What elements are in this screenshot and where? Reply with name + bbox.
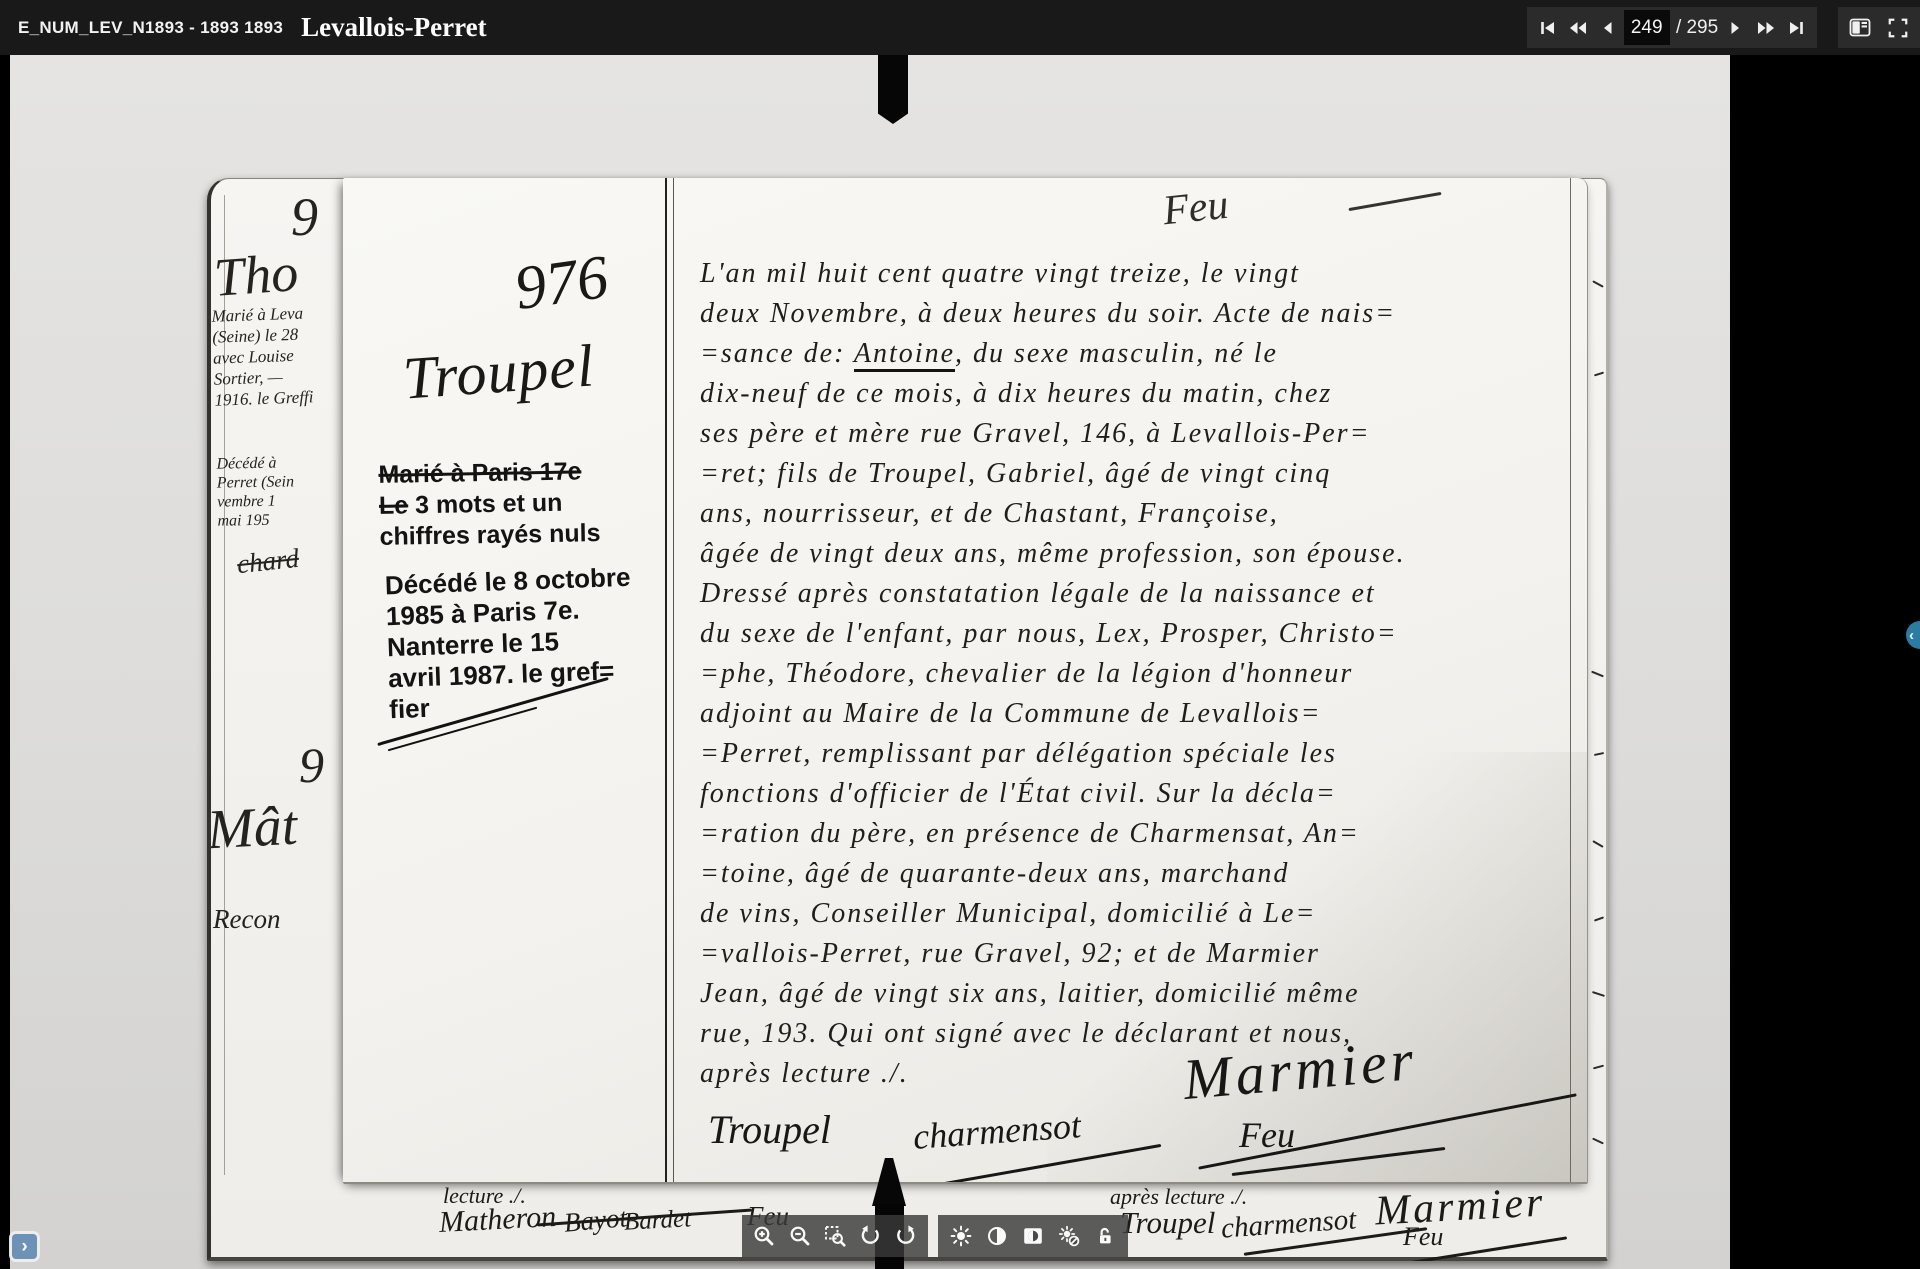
sidebar-panel-icon	[1848, 16, 1872, 39]
fragment-act-number-2: 9	[299, 736, 324, 794]
child-name: Antoine	[854, 338, 955, 372]
fragment-act-number: 9	[291, 186, 318, 248]
page-navigation: / 295	[1527, 7, 1817, 48]
fragment-death-note: Décédé à Perret (Sein vembre 1 mai 195	[216, 453, 294, 530]
header-bar: E_NUM_LEV_N1893 - 1893 1893 Levallois-Pe…	[0, 0, 1920, 55]
zoom-toolbar	[742, 1215, 928, 1257]
fragment-surname: Tho	[212, 241, 300, 309]
signature: Bardet	[623, 1205, 691, 1236]
side-panel-handle[interactable]: ‹	[1906, 621, 1920, 649]
binding-marks	[1589, 178, 1608, 1182]
forward-button[interactable]	[1751, 10, 1781, 46]
next-page-button[interactable]	[1720, 10, 1750, 46]
contrast-button[interactable]	[984, 1223, 1010, 1249]
page-total: / 295	[1676, 17, 1718, 39]
act-number: 976	[511, 242, 613, 325]
invert-colors-icon	[1021, 1224, 1045, 1248]
zoom-selection-button[interactable]	[822, 1223, 848, 1249]
lock-button[interactable]	[1092, 1223, 1118, 1249]
book-gutter-top	[878, 55, 908, 124]
view-controls	[1838, 7, 1920, 48]
fragment-mention: Recon	[213, 904, 280, 935]
previous-page-button[interactable]	[1593, 10, 1623, 46]
contrast-icon	[985, 1224, 1009, 1248]
thumbnail-panel-button[interactable]	[1845, 10, 1875, 46]
zoom-in-button[interactable]	[751, 1223, 777, 1249]
next-icon	[1725, 18, 1745, 38]
left-page-fragments: 9 Tho Marié à Leva (Seine) le 28 avec Lo…	[211, 178, 343, 1261]
signature: Marmier	[1374, 1182, 1547, 1235]
signature: Troupel	[708, 1106, 831, 1153]
rotate-right-button[interactable]	[893, 1223, 919, 1249]
act-sheet: 976 Troupel Marié à Paris 17e Le 3 mots …	[343, 178, 1588, 1184]
death-mention: Décédé le 8 octobre 1985 à Paris 7e. Nan…	[384, 562, 635, 725]
viewer-app: E_NUM_LEV_N1893 - 1893 1893 Levallois-Pe…	[0, 0, 1920, 1269]
backward-button[interactable]	[1563, 10, 1593, 46]
act-line-name: =sance de: Antoine, du sexe masculin, né…	[700, 338, 1406, 378]
last-page-button[interactable]	[1781, 10, 1811, 46]
chevron-right-icon: ›	[21, 1236, 27, 1258]
zoom-selection-icon	[823, 1224, 847, 1248]
pencil-mark: Feu	[1161, 181, 1231, 236]
fast-backward-icon	[1567, 18, 1589, 38]
filters-off-icon	[1057, 1224, 1081, 1248]
header-titles: E_NUM_LEV_N1893 - 1893 1893 Levallois-Pe…	[18, 0, 487, 55]
fullscreen-button[interactable]	[1883, 10, 1913, 46]
scan-canvas[interactable]: 9 Tho Marié à Leva (Seine) le 28 avec Lo…	[10, 55, 1730, 1269]
margin-rule	[665, 178, 667, 1182]
signature: Bayot	[563, 1202, 628, 1238]
act-text: L'an mil huit cent quatre vingt treize, …	[700, 258, 1406, 1098]
image-adjust-toolbar	[938, 1215, 1128, 1257]
struck-mention: Marié à Paris 17e Le 3 mots et un chiffr…	[378, 456, 601, 553]
pencil-stroke	[1348, 192, 1441, 211]
fast-forward-icon	[1755, 18, 1777, 38]
filters-off-button[interactable]	[1056, 1223, 1082, 1249]
zoom-out-icon	[788, 1224, 812, 1248]
brightness-button[interactable]	[948, 1223, 974, 1249]
zoom-out-button[interactable]	[787, 1223, 813, 1249]
rotate-left-button[interactable]	[857, 1223, 883, 1249]
signature: Troupel	[1120, 1205, 1215, 1241]
signature: Feu	[1239, 1114, 1295, 1156]
right-margin-rule	[1570, 178, 1571, 1182]
first-page-button[interactable]	[1533, 10, 1563, 46]
zoom-in-icon	[752, 1224, 776, 1248]
signature: Matheron	[438, 1200, 557, 1240]
fullscreen-icon	[1887, 17, 1909, 39]
chevron-left-icon: ‹	[1909, 627, 1914, 644]
fragment-struck-scrawl: chard	[236, 543, 301, 580]
page-number-input[interactable]	[1624, 10, 1670, 45]
fragment-marriage-note: Marié à Leva (Seine) le 28 avec Louise S…	[211, 302, 314, 410]
first-page-icon	[1538, 18, 1558, 38]
expand-panel-button[interactable]: ›	[12, 1234, 37, 1259]
previous-icon	[1598, 18, 1618, 38]
rotate-left-icon	[858, 1224, 882, 1248]
collection-id: E_NUM_LEV_N1893 - 1893 1893	[18, 18, 283, 38]
brightness-icon	[949, 1224, 973, 1248]
margin-rule-thin	[673, 178, 674, 1182]
page-title: Levallois-Perret	[301, 12, 486, 43]
invert-colors-button[interactable]	[1020, 1223, 1046, 1249]
fragment-surname-2: Mât	[211, 794, 299, 863]
rotate-right-icon	[894, 1224, 918, 1248]
signature: Feu	[1403, 1222, 1443, 1252]
last-page-icon	[1786, 18, 1806, 38]
unlock-icon	[1093, 1224, 1117, 1248]
act-name: Troupel	[401, 331, 597, 413]
